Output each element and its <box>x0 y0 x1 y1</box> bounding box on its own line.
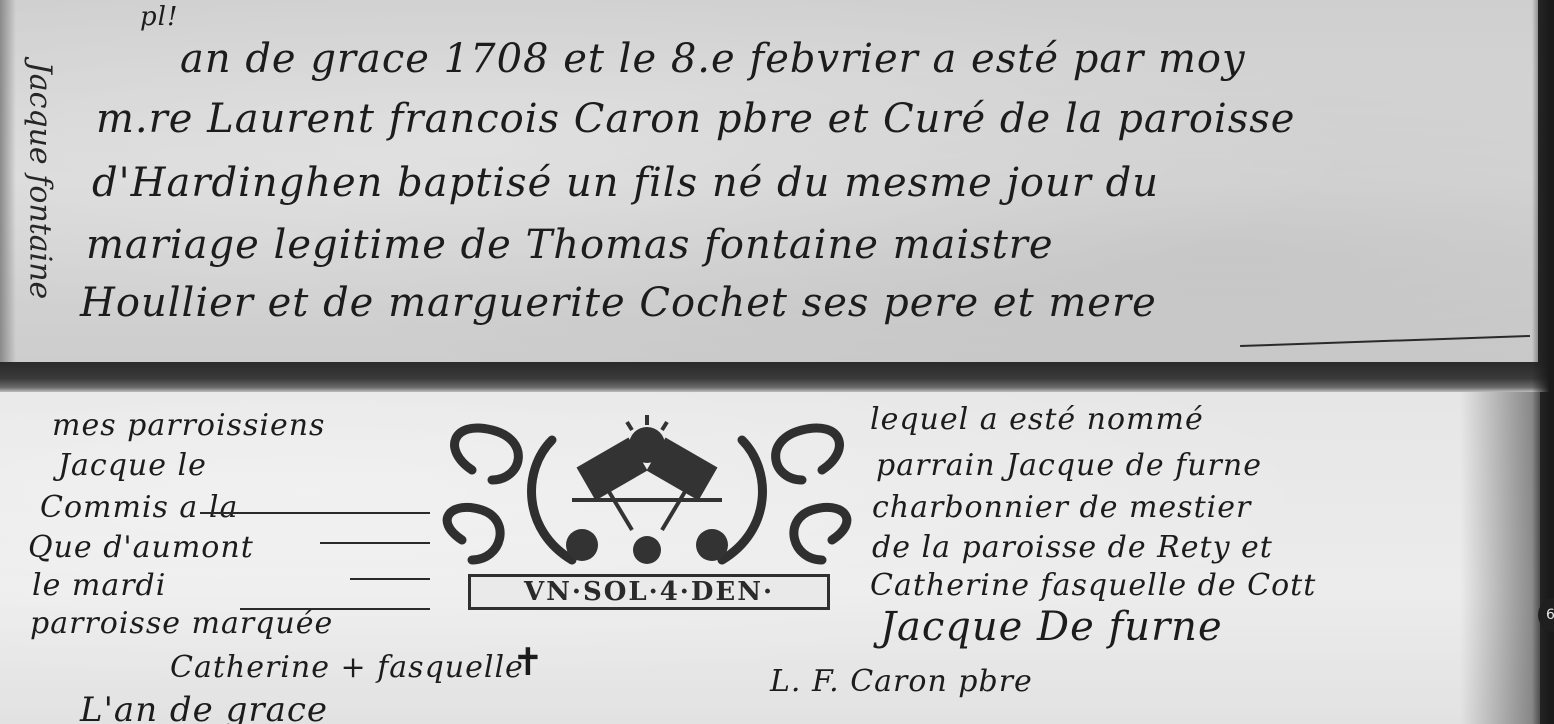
ink-stroke <box>350 578 430 580</box>
right-line-5: Catherine fasquelle de Cott <box>870 568 1316 603</box>
stamp-ornament-icon <box>432 410 862 580</box>
document-viewer: Jacque fontaine pl! an de grace 1708 et … <box>0 0 1554 724</box>
cross-mark-icon: ✝ <box>512 640 544 684</box>
margin-note-text: Jacque fontaine <box>23 61 58 299</box>
right-line-1: lequel a esté nommé <box>870 402 1204 437</box>
page-number: 6 <box>1546 607 1554 623</box>
ink-stroke <box>240 608 430 610</box>
right-line-3: charbonnier de mestier <box>872 490 1251 525</box>
left-line-5: le mardi <box>32 568 166 603</box>
record-line-1: an de grace 1708 et le 8.e febvrier a es… <box>180 36 1246 82</box>
record-line-5: Houllier et de marguerite Cochet ses per… <box>80 280 1157 326</box>
tax-stamp: VN·SOL·4·DEN· <box>432 410 862 610</box>
ink-stroke <box>200 512 430 514</box>
stamp-denomination: VN·SOL·4·DEN· <box>468 574 830 610</box>
left-line-1: mes parroissiens <box>52 408 325 443</box>
left-line-4: Que d'aumont <box>28 530 254 565</box>
left-line-7: Catherine + fasquelle <box>170 650 524 685</box>
signature-godfather: Jacque De furne <box>880 604 1223 650</box>
signature-priest: L. F. Caron pbre <box>770 664 1033 699</box>
left-line-6: parroisse marquée <box>30 606 333 641</box>
top-mark: pl! <box>140 2 178 32</box>
next-record-start: L'an de grace <box>80 690 328 724</box>
left-line-3: Commis a la <box>40 490 238 525</box>
left-line-2: Jacque le <box>58 448 207 483</box>
ink-stroke <box>1240 335 1530 347</box>
ink-stroke <box>320 542 430 544</box>
binding-gutter <box>0 362 1554 392</box>
record-line-3: d'Hardinghen baptisé un fils né du mesme… <box>92 160 1159 206</box>
right-line-2: parrain Jacque de furne <box>876 448 1262 483</box>
record-line-4: mariage legitime de Thomas fontaine mais… <box>86 222 1054 268</box>
right-line-4: de la paroisse de Rety et <box>872 530 1273 565</box>
upper-page-scan: Jacque fontaine pl! an de grace 1708 et … <box>0 0 1538 362</box>
record-line-2: m.re Laurent francois Caron pbre et Curé… <box>96 96 1295 142</box>
margin-note: Jacque fontaine <box>10 10 70 350</box>
